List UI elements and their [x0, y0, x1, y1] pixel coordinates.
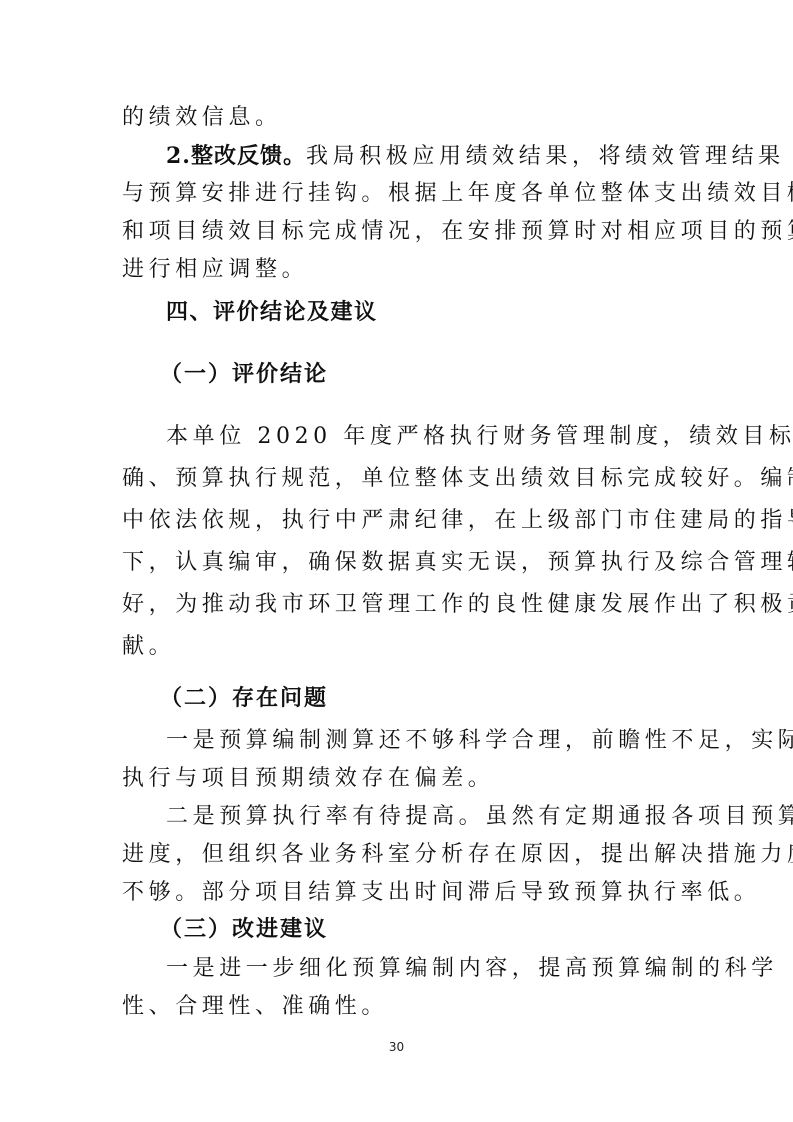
paragraph-text: 一是预算编制测算还不够科学合理，前瞻性不足，实际 [166, 728, 722, 754]
paragraph-lead-title: 2.整改反馈。 [166, 143, 306, 169]
paragraph-first-line: 2.整改反馈。我局积极应用绩效结果，将绩效管理结果 [166, 143, 722, 170]
paragraph-text: 中依法依规，执行中严肃纪律，在上级部门市住建局的指导 [122, 508, 678, 534]
paragraph-text: 和项目绩效目标完成情况，在安排预算时对相应项目的预算 [122, 219, 678, 245]
paragraph-text: 的绩效信息。 [122, 105, 678, 131]
paragraph-text: 不够。部分项目结算支出时间滞后导致预算执行率低。 [122, 880, 678, 906]
subsection-heading: （三）改进建议 [160, 917, 716, 943]
paragraph-text: 与预算安排进行挂钩。根据上年度各单位整体支出绩效目标 [122, 181, 678, 207]
paragraph-text: 性、合理性、准确性。 [122, 994, 678, 1020]
document-page: 的绩效信息。 2.整改反馈。我局积极应用绩效结果，将绩效管理结果 与预算安排进行… [0, 0, 793, 1122]
paragraph-text: 确、预算执行规范，单位整体支出绩效目标完成较好。编制 [122, 466, 678, 492]
page-number: 30 [0, 1040, 793, 1054]
paragraph-text: 执行与项目预期绩效存在偏差。 [122, 766, 678, 792]
paragraph-text: 进度，但组织各业务科室分析存在原因，提出解决措施力度 [122, 842, 678, 868]
subsection-heading: （一）评价结论 [160, 362, 716, 388]
paragraph-text: 一是进一步细化预算编制内容，提高预算编制的科学 [166, 956, 722, 982]
paragraph-text: 我局积极应用绩效结果，将绩效管理结果 [306, 144, 785, 169]
paragraph-text: 献。 [122, 634, 678, 660]
paragraph-text: 二是预算执行率有待提高。虽然有定期通报各项目预算 [166, 804, 722, 830]
paragraph-text: 好，为推动我市环卫管理工作的良性健康发展作出了积极贡 [122, 592, 678, 618]
paragraph-text: 下，认真编审，确保数据真实无误，预算执行及综合管理较 [122, 550, 678, 576]
paragraph-text: 进行相应调整。 [122, 257, 678, 283]
section-heading: 四、评价结论及建议 [166, 300, 722, 326]
subsection-heading: （二）存在问题 [160, 686, 716, 712]
paragraph-text: 本单位 2020 年度严格执行财务管理制度，绩效目标明 [166, 424, 722, 450]
